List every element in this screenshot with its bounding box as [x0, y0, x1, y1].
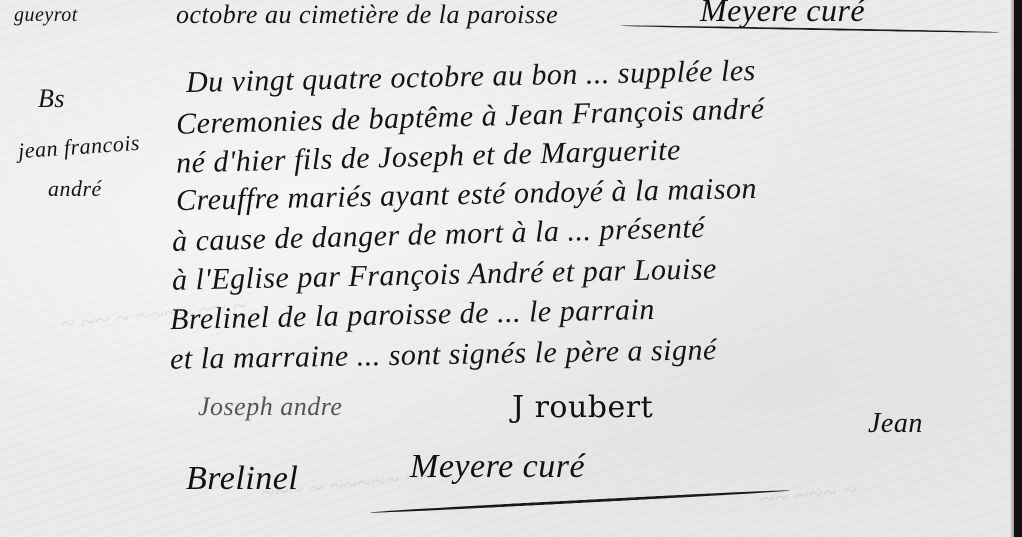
signature-roubert: J roubert: [512, 390, 653, 425]
prior-margin-note: gueyrot: [14, 4, 78, 27]
signature-jean: Jean: [868, 408, 923, 440]
margin-name-line1: jean francois: [17, 130, 141, 164]
signature-brelinel: Brelinel: [186, 460, 298, 498]
entry-line-5: à cause de danger de mort à la ... prése…: [172, 211, 706, 259]
signature-joseph: Joseph andre: [198, 392, 342, 422]
page-binding-edge: [1014, 0, 1022, 537]
margin-entry-number: Bs: [38, 84, 65, 114]
signature-flourish: [370, 489, 790, 514]
entry-line-3: né d'hier fils de Joseph et de Marguerit…: [176, 133, 682, 180]
prior-entry-text: octobre au cimetière de la paroisse: [176, 0, 558, 30]
entry-line-8: et la marraine ... sont signés le père a…: [170, 333, 717, 377]
register-page: ~ ~~ ~ ~~~~ ~~ ~ ~~~ ~ ~~~~~ ~~ ~~ ~~~ ~…: [0, 0, 1022, 537]
entry-line-1: Du vingt quatre octobre au bon ... suppl…: [186, 54, 756, 100]
signature-meyere-cure: Meyere curé: [410, 448, 585, 486]
prior-entry-signature: Meyere curé: [700, 0, 865, 29]
margin-name-line2: andré: [48, 176, 102, 202]
bleed-through-text: ~~ ~~~ ~: [759, 475, 859, 515]
entry-line-6: à l'Eglise par François André et par Lou…: [172, 252, 717, 297]
